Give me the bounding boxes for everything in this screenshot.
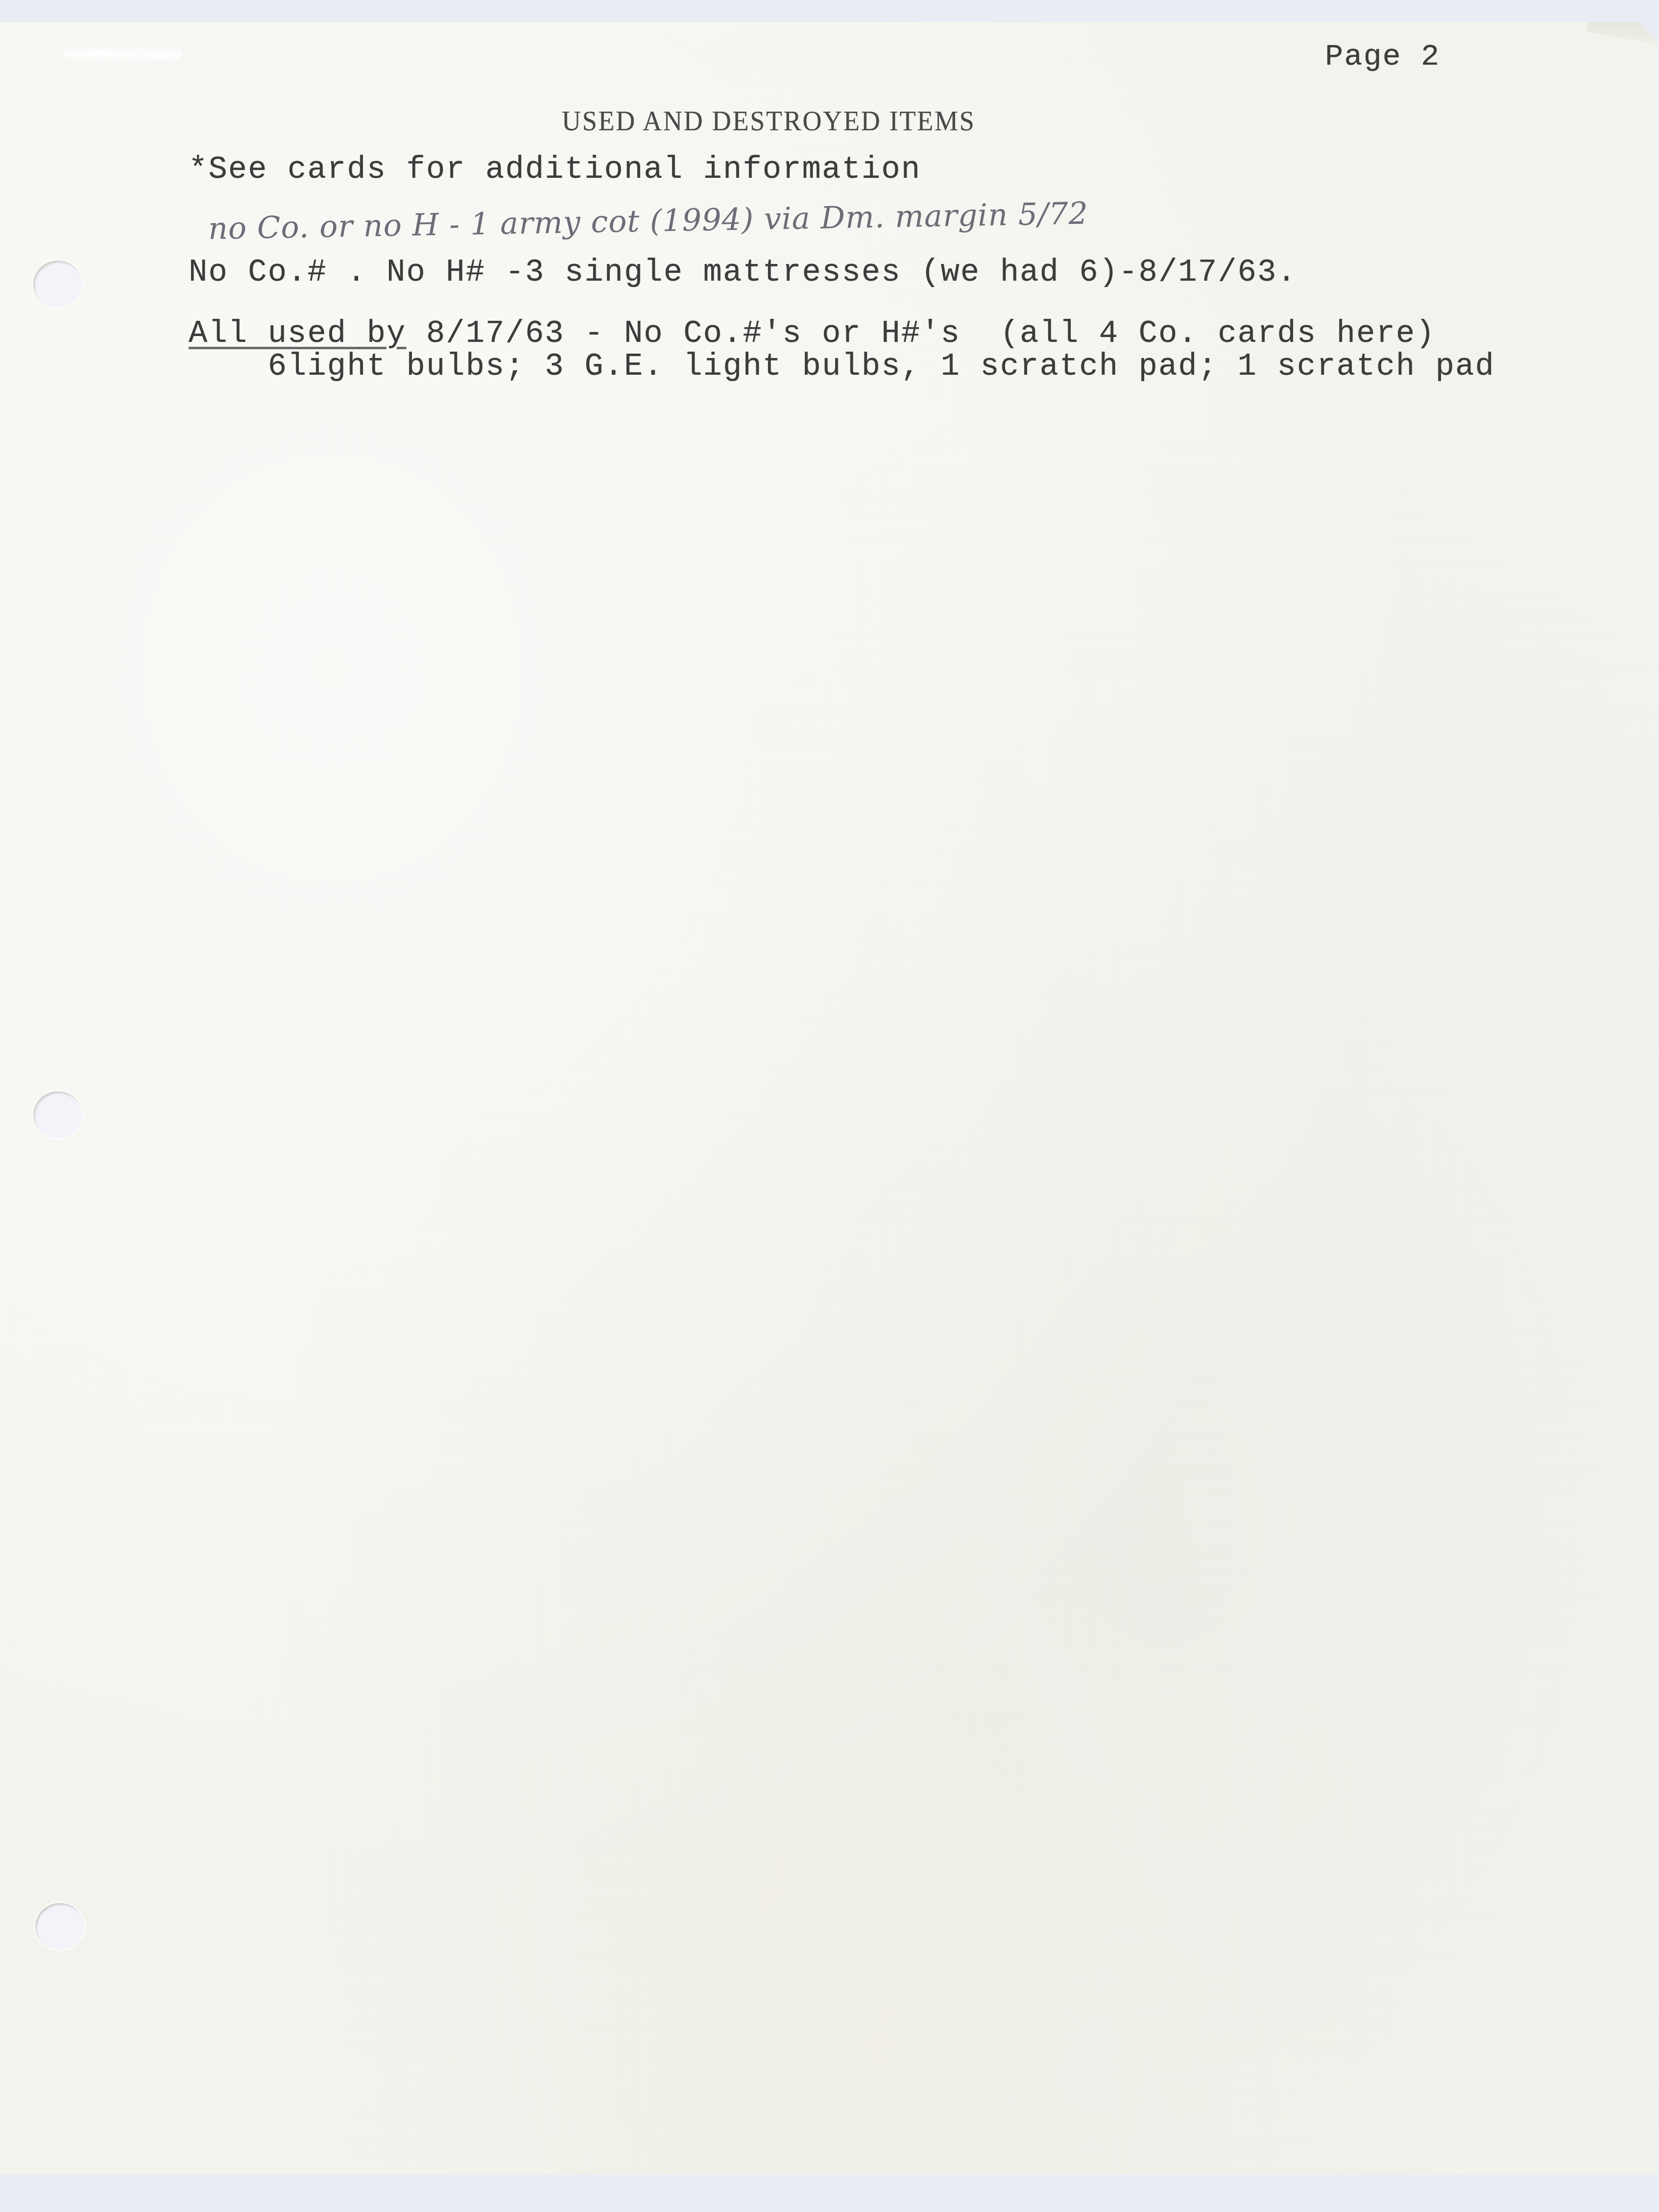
- entry-all-used: All used by 8/17/63 - No Co.#'s or H#'s …: [189, 318, 1436, 350]
- entry-all-used-text: 8/17/63 - No Co.#'s or H#'s (all 4 Co. c…: [406, 316, 1435, 352]
- subtitle-note: *See cards for additional information: [189, 154, 921, 186]
- page-title: USED AND DESTROYED ITEMS: [562, 107, 976, 135]
- page-number: Page 2: [1325, 42, 1440, 72]
- entry-items-list: 6light bulbs; 3 G.E. light bulbs, 1 scra…: [189, 351, 1495, 383]
- punch-hole-middle: [33, 1091, 82, 1138]
- torn-staple-marks: [64, 47, 181, 61]
- punch-hole-bottom: [35, 1903, 84, 1950]
- punch-hole-top: [33, 261, 82, 308]
- entry-mattresses: No Co.# . No H# -3 single mattresses (we…: [189, 257, 1297, 289]
- entry-all-used-underlined: All used by: [189, 316, 406, 352]
